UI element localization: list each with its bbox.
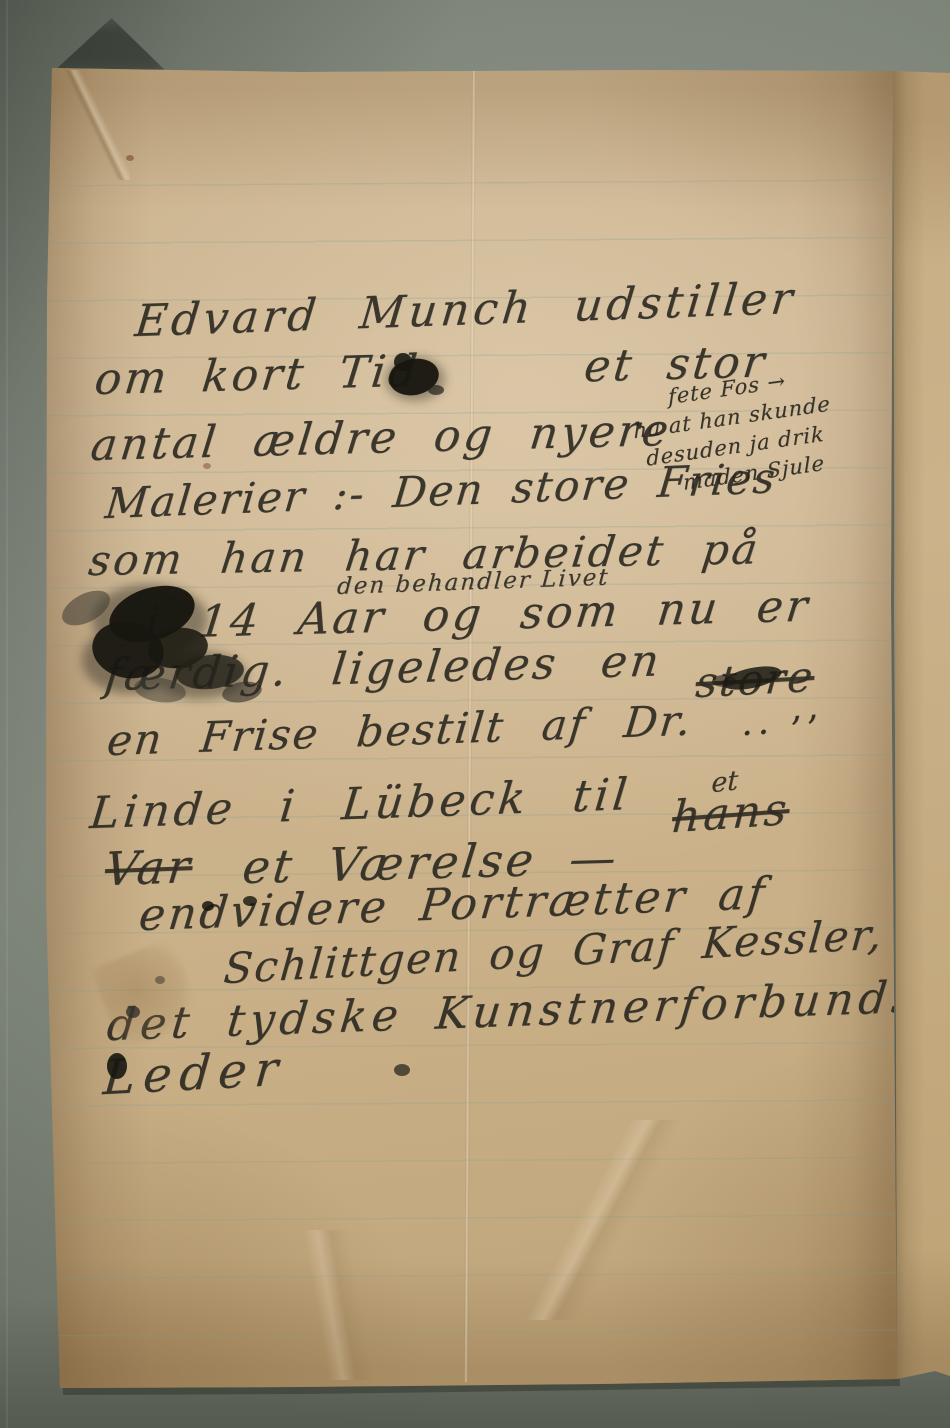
photograph-of-manuscript: Edvard Munch udstiller om kort Tid et st… (0, 0, 950, 1428)
manuscript-page: Edvard Munch udstiller om kort Tid et st… (0, 0, 950, 1428)
background-seam (6, 0, 8, 1428)
ink-blots (0, 0, 950, 1428)
